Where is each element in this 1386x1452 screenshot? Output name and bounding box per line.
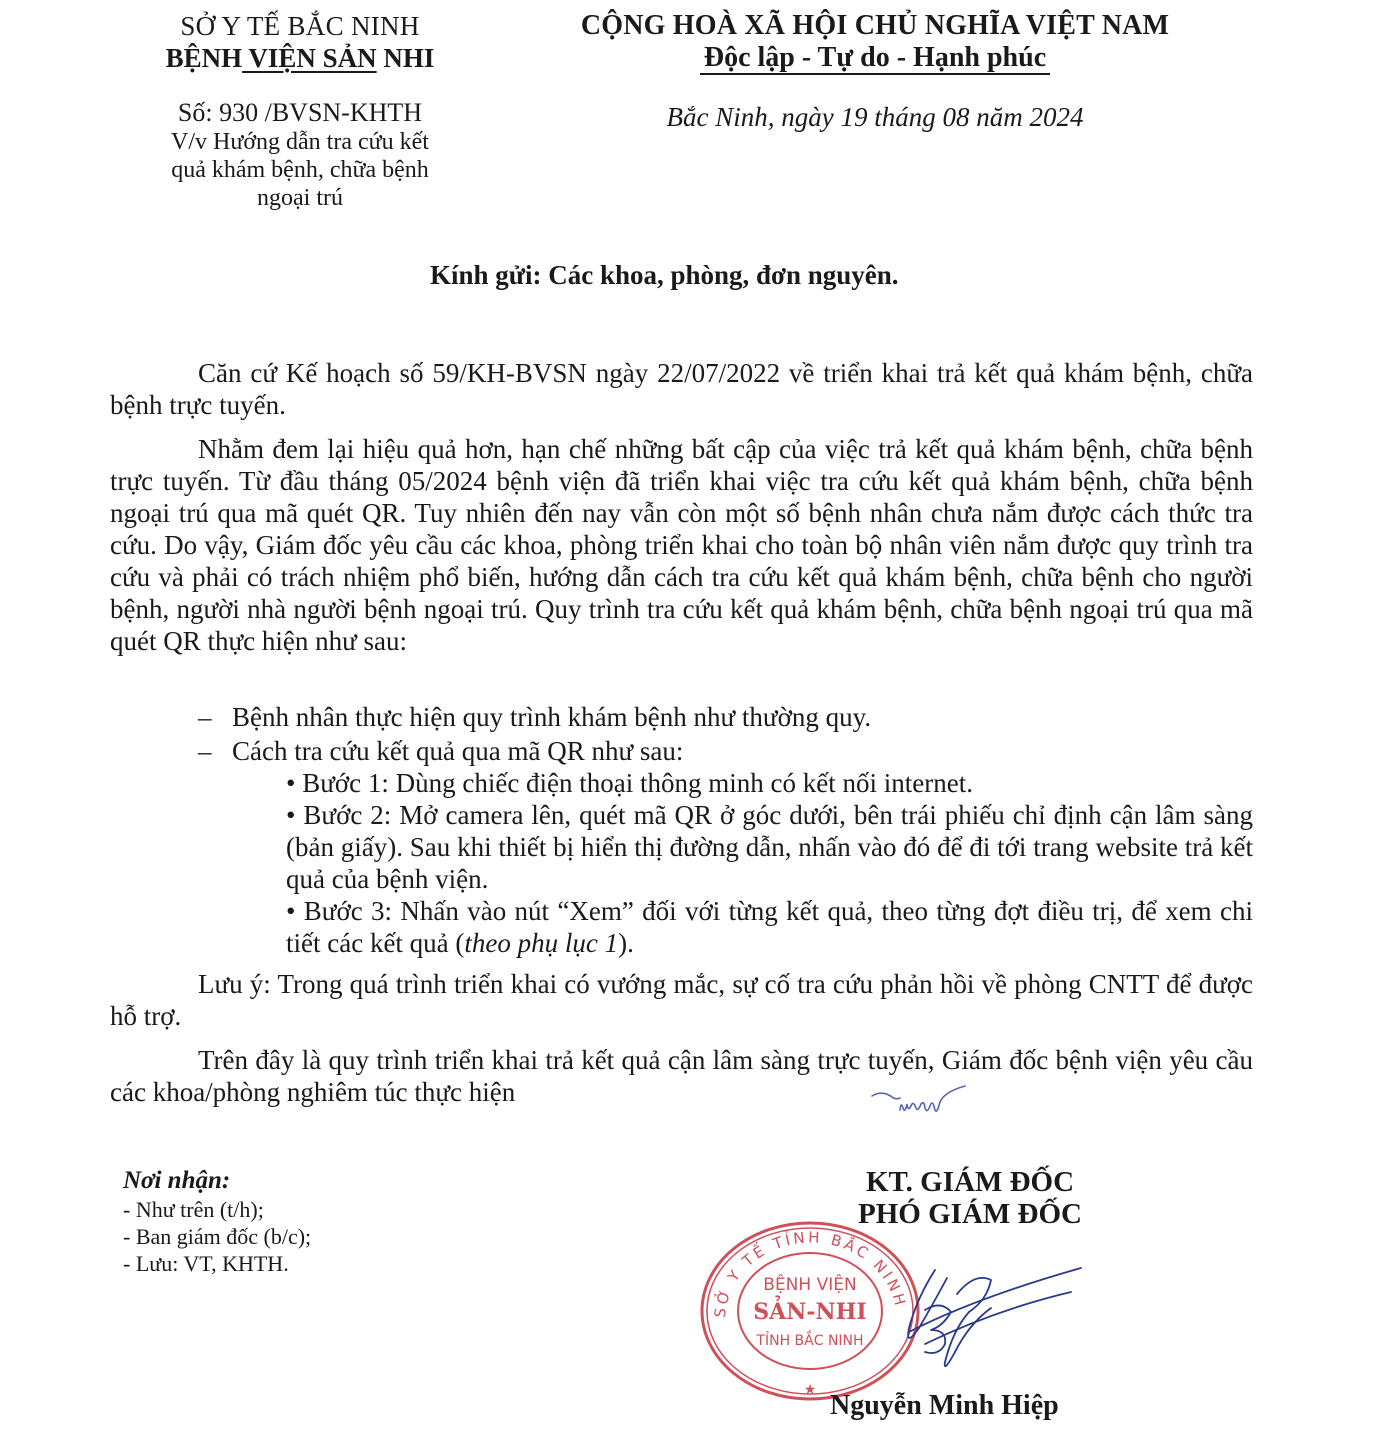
issuing-authority-block: SỞ Y TẾ BẮC NINH BỆNH VIỆN SẢN NHI Số: 9…: [110, 10, 490, 212]
national-motto: Độc lập - Tự do - Hạnh phúc: [525, 42, 1225, 75]
subject-line-1: V/v Hướng dẫn tra cứu kết: [110, 128, 490, 156]
addressee-text: Kính gửi: Các khoa, phòng, đơn nguyên.: [430, 260, 899, 291]
recipient-item: - Như trên (t/h);: [123, 1196, 311, 1223]
seal-inner-line-1: BỆNH VIỆN: [763, 1273, 856, 1295]
step-text-end: ).: [618, 928, 634, 958]
dash-item-text: Bệnh nhân thực hiện quy trình khám bệnh …: [232, 702, 871, 732]
official-seal-icon: SỞ Y TẾ TỈNH BẮC NINH BỆNH VIỆN SẢN-NHI …: [697, 1218, 923, 1404]
seal-inner-line-3: TỈNH BẮC NINH: [755, 1330, 863, 1349]
closing-paragraph: Trên đây là quy trình triển khai trả kết…: [110, 1044, 1253, 1108]
paragraph-text: Nhằm đem lại hiệu quả hơn, hạn chế những…: [110, 433, 1253, 657]
handwritten-signature-icon: [895, 1258, 1085, 1378]
dash-item-text: Cách tra cứu kết quả qua mã QR như sau:: [232, 736, 683, 766]
step-text: Bước 2: Mở camera lên, quét mã QR ở góc …: [286, 800, 1253, 894]
recipient-item: - Ban giám đốc (b/c);: [123, 1223, 311, 1250]
issue-date: Bắc Ninh, ngày 19 tháng 08 năm 2024: [525, 101, 1225, 133]
subject-line-3: ngoại trú: [110, 184, 490, 212]
recipient-item: - Lưu: VT, KHTH.: [123, 1250, 311, 1277]
dash-marker: –: [198, 701, 232, 733]
bullet-marker: •: [286, 896, 295, 926]
body-paragraph-1: Căn cứ Kế hoạch số 59/KH-BVSN ngày 22/07…: [110, 357, 1253, 421]
bullet-marker: •: [286, 768, 295, 798]
paragraph-text: Lưu ý: Trong quá trình triển khai có vướ…: [110, 968, 1253, 1032]
hospital-name-part: BỆNH: [166, 43, 243, 73]
hospital-name-part: NHI: [377, 43, 435, 73]
paragraph-text: Căn cứ Kế hoạch số 59/KH-BVSN ngày 22/07…: [110, 357, 1253, 421]
step-3: • Bước 3: Nhấn vào nút “Xem” đối với từn…: [286, 895, 1253, 959]
paragraph-text: Trên đây là quy trình triển khai trả kết…: [110, 1044, 1253, 1108]
hospital-name-underlined: VIỆN SẢN: [242, 43, 377, 73]
dash-list-item: –Bệnh nhân thực hiện quy trình khám bệnh…: [198, 701, 871, 733]
motto-text: Độc lập - Tự do - Hạnh phúc: [700, 44, 1050, 75]
hospital-name: BỆNH VIỆN SẢN NHI: [110, 42, 490, 74]
signature-title-line-1: KT. GIÁM ĐỐC: [820, 1166, 1120, 1198]
dash-list-item: –Cách tra cứu kết quả qua mã QR như sau:: [198, 735, 683, 767]
body-paragraph-2: Nhằm đem lại hiệu quả hơn, hạn chế những…: [110, 433, 1253, 657]
step-text: Bước 1: Dùng chiếc điện thoại thông minh…: [302, 768, 973, 798]
signer-name: Nguyễn Minh Hiệp: [830, 1390, 1059, 1422]
appendix-reference: theo phụ lục 1: [464, 928, 618, 958]
document-number: Số: 930 /BVSN-KHTH: [110, 98, 490, 128]
initials-mark-icon: [870, 1084, 970, 1124]
bullet-marker: •: [286, 800, 295, 830]
nation-name: CỘNG HOÀ XÃ HỘI CHỦ NGHĨA VIỆT NAM: [525, 10, 1225, 42]
recipients-title: Nơi nhận:: [123, 1166, 311, 1196]
recipients-block: Nơi nhận: - Như trên (t/h); - Ban giám đ…: [123, 1166, 311, 1277]
agency-name: SỞ Y TẾ BẮC NINH: [110, 10, 490, 42]
step-text: Bước 3: Nhấn vào nút “Xem” đối với từng …: [286, 896, 1253, 958]
seal-star-icon: ★: [804, 1382, 817, 1398]
dash-marker: –: [198, 735, 232, 767]
national-header-block: CỘNG HOÀ XÃ HỘI CHỦ NGHĨA VIỆT NAM Độc l…: [525, 10, 1225, 133]
step-2: • Bước 2: Mở camera lên, quét mã QR ở gó…: [286, 799, 1253, 895]
seal-inner-line-2: SẢN-NHI: [753, 1295, 866, 1325]
note-paragraph: Lưu ý: Trong quá trình triển khai có vướ…: [110, 968, 1253, 1032]
subject-line-2: quả khám bệnh, chữa bệnh: [110, 156, 490, 184]
step-1: • Bước 1: Dùng chiếc điện thoại thông mi…: [286, 767, 1253, 799]
